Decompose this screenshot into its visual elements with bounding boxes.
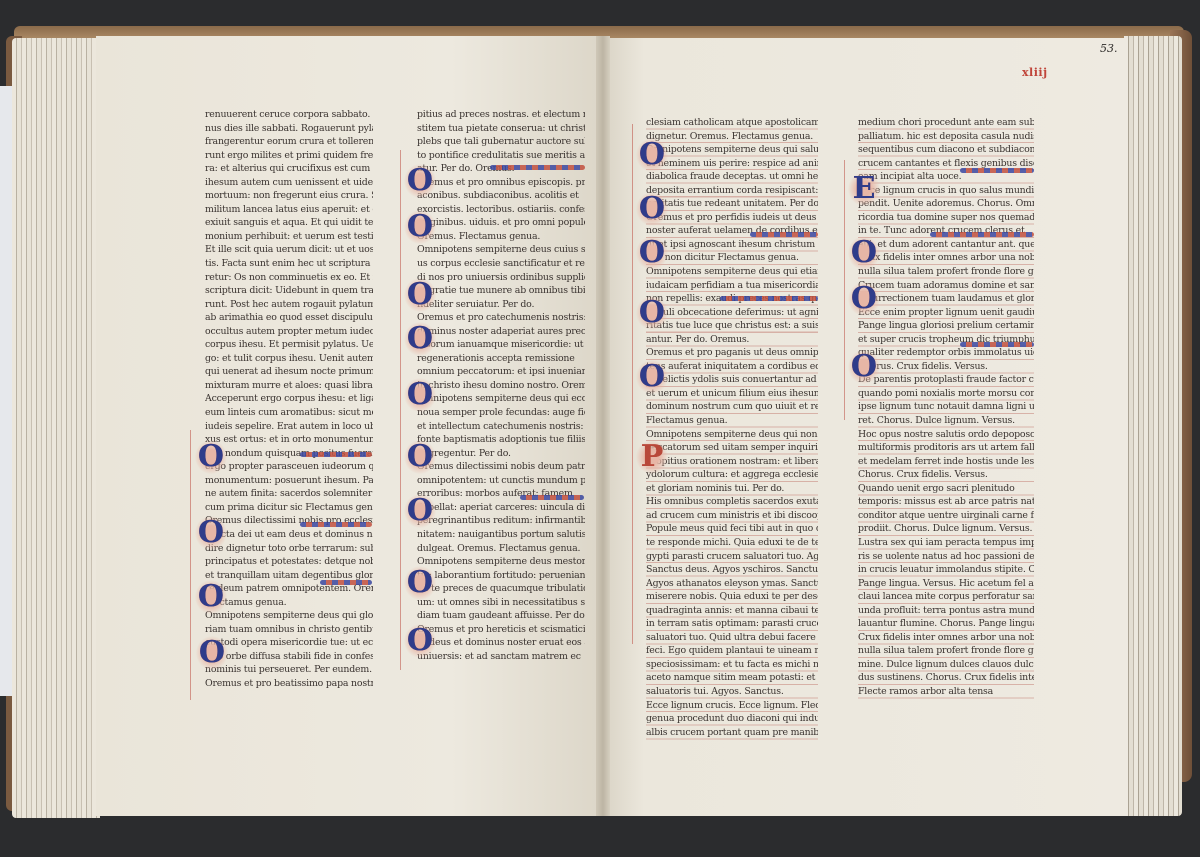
manuscript-text-line: Quando uenit ergo sacri plenitudo (858, 482, 1034, 496)
manuscript-text-line: et medelam ferret inde hostis unde leser… (858, 455, 1034, 469)
manuscript-text-line: pendit. Uenite adoremus. Chorus. Omnis m… (858, 197, 1034, 211)
manuscript-text-line: renuuerent ceruce corpora sabbato. Erat … (205, 108, 373, 122)
filigree-flourish (844, 160, 845, 420)
manuscript-text-line: xus est ortus: et in orto monumentum nou… (205, 433, 373, 447)
line-filler (300, 522, 372, 527)
manuscript-text-line: dominum nostrum cum quo uiuit et regnat.… (646, 400, 818, 414)
decorated-initial-o: O (404, 278, 436, 312)
manuscript-text-line: deposita errantium corda resipiscant: et… (646, 184, 818, 198)
manuscript-text-line: Et ille scit quia uerum dicit: ut et uos… (205, 243, 373, 257)
manuscript-text-line: uirginibus. uiduis. et pro omni populo s… (417, 216, 585, 230)
manuscript-text-line: retur: Os non comminuetis ex eo. Et iter… (205, 271, 373, 285)
manuscript-text-line: Flectamus genua. (205, 596, 373, 610)
manuscript-text-line: di nos pro uniuersis ordinibus supplican… (417, 271, 585, 285)
manuscript-text-line: ricordia tua domine super nos quemadmodu… (858, 211, 1034, 225)
manuscript-text-line: plebs que tali gubernatur auctore sub ta… (417, 135, 585, 149)
manuscript-text-line: dignetur. Oremus. Flectamus genua. (646, 130, 818, 144)
manuscript-text-line: Chorus. Crux fidelis. Versus. (858, 360, 1034, 374)
manuscript-text-line: His omnibus completis sacerdos exuta cas… (646, 495, 818, 509)
manuscript-text-line: pitius ad preces nostras. et electum nob… (417, 108, 585, 122)
manuscript-text-line: militum lancea latus eius aperuit: et co… (205, 203, 373, 217)
page-tab-strip (0, 86, 12, 696)
manuscript-text-line: sequentibus cum diacono et subdiacono ac… (858, 143, 1034, 157)
manuscript-text-line: genua procedunt duo diaconi qui induti (646, 712, 818, 726)
manuscript-text-line: mixturam murre et aloes: quasi libras ce… (205, 379, 373, 393)
manuscript-text-line: ergo propter parasceuen iudeorum quia iu… (205, 460, 373, 474)
manuscript-text-line: Ecce lignum crucis in quo salus mundi pe (858, 184, 1034, 198)
manuscript-text-line: Ecce enim propter lignum uenit gaudium i… (858, 306, 1034, 320)
line-filler (520, 495, 584, 500)
manuscript-text-line: propitius orationem nostram: et libera e… (646, 455, 818, 469)
manuscript-text-line: Pange lingua gloriosi prelium certaminis (858, 319, 1034, 333)
decorated-initial-o: O (636, 296, 668, 330)
manuscript-text-line: peregrinantibus reditum: infirmantibus s… (417, 514, 585, 528)
manuscript-text-line: saluatoris tui. Agyos. Sanctus. (646, 685, 818, 699)
manuscript-text-line: monumentum: posuerunt ihesum. Passio (205, 474, 373, 488)
running-header: xliij (1022, 66, 1048, 79)
decorated-initial-p: P (636, 440, 668, 474)
decorated-initial-o: O (636, 360, 668, 394)
manuscript-text-line: miserere nobis. Quia eduxi te per desert… (646, 590, 818, 604)
manuscript-text-line: ueritatis tue redeant unitatem. Per do. (646, 197, 818, 211)
page-edges-right (1124, 36, 1182, 816)
manuscript-text-line: dus sustinens. Chorus. Crux fidelis inte… (858, 671, 1034, 685)
manuscript-text-line: Crucem tuam adoramus domine et sanctam (858, 279, 1034, 293)
manuscript-text-line: dominus noster adaperiat aures precordio… (417, 325, 585, 339)
decorated-initial-o: O (404, 494, 436, 528)
manuscript-text-line: in crucis leuatur immolandus stipite. Ch… (858, 563, 1034, 577)
manuscript-text-line: albis crucem portant quam pre manibus (646, 726, 818, 740)
manuscript-text-line: riam tuam omnibus in christo gentibus re… (205, 623, 373, 637)
manuscript-text-line: aggregentur. Per do. (417, 447, 585, 461)
manuscript-text-line: tens auferat iniquitatem a cordibus eoru… (646, 360, 818, 374)
manuscript-text-line: runt ergo milites et primi quidem freger… (205, 149, 373, 163)
text-column-left-a: renuuerent ceruce corpora sabbato. Erat … (205, 108, 373, 688)
decorated-initial-o: O (404, 164, 436, 198)
manuscript-text-line: claui lancea mite corpus perforatur sang… (858, 590, 1034, 604)
manuscript-text-line: frangerentur eorum crura et tollerentur.… (205, 135, 373, 149)
manuscript-text-line: dulgeat. Oremus. Flectamus genua. (417, 542, 585, 556)
manuscript-text-line: Oremus et pro catechumenis nostris: ut d… (417, 311, 585, 325)
manuscript-text-line: toto orbe diffusa stabili fide in confes… (205, 650, 373, 664)
manuscript-text-line: Oremus et pro hereticis et scismaticis: (417, 623, 585, 637)
manuscript-text-line: ihesum autem cum uenissent et uiderent e… (205, 176, 373, 190)
text-column-left-b: pitius ad preces nostras. et electum nob… (417, 108, 585, 668)
manuscript-text-line: Flecte ramos arbor alta tensa (858, 685, 1034, 699)
manuscript-text-line: gypti parasti crucem saluatori tuo. Agyo… (646, 550, 818, 564)
manuscript-text-line: qui uenerat ad ihesum nocte primum: fere… (205, 365, 373, 379)
line-filler (750, 232, 818, 237)
manuscript-text-line: Omnipotens sempiterne deus qui glo (205, 609, 373, 623)
manuscript-text-line: populi obcecatione deferimus: ut agnita … (646, 306, 818, 320)
manuscript-text-line: palliatum. hic est deposita casula nudis… (858, 130, 1034, 144)
manuscript-text-line: clesiam catholicam atque apostolicam reu… (646, 116, 818, 130)
line-filler (960, 168, 1034, 173)
manuscript-text-line: nulla silua talem profert fronde flore g… (858, 265, 1034, 279)
manuscript-text-line: tio: laborantium fortitudo: perueniant (417, 569, 585, 583)
decorated-initial-o: O (404, 210, 436, 244)
manuscript-text-line: ab arimathia eo quod esset discipulus ih… (205, 311, 373, 325)
decorated-initial-o: O (404, 378, 436, 412)
manuscript-text-line: diam tuam gaudeant affuisse. Per do. (417, 609, 585, 623)
manuscript-text-line: Hoc opus nostre salutis ordo depoposcera… (858, 428, 1034, 442)
manuscript-text-line: nulla silua talem profert fronde flore g… (858, 644, 1034, 658)
manuscript-text-line: ritatis tue luce que christus est: a sui… (646, 319, 818, 333)
manuscript-text-line: medium chori procedunt ante eam subdiaco… (858, 116, 1034, 130)
manuscript-text-line: alii. et dum adorent cantantur ant. que … (858, 238, 1034, 252)
decorated-initial-e: E (848, 172, 880, 206)
manuscript-text-line: fonte baptismatis adoptionis tue filiis (417, 433, 585, 447)
manuscript-text-line: exiuit sanguis et aqua. Et qui uidit tes… (205, 216, 373, 230)
manuscript-text-line: feci. Ego quidem plantaui te uineam meam (646, 644, 818, 658)
manuscript-text-line: ra: et alterius qui crucifixus est cum e… (205, 162, 373, 176)
manuscript-text-line: lauantur flumine. Chorus. Pange lingua. (858, 617, 1034, 631)
text-column-right-b: medium chori procedunt ante eam subdiaco… (858, 116, 1034, 706)
manuscript-text-line: qualiter redemptor orbis immolatus uicer… (858, 346, 1034, 360)
manuscript-text-line: mortuum: non fregerunt eius crura. Sed u… (205, 189, 373, 203)
line-filler (320, 580, 372, 585)
manuscript-text-line: ydolorum cultura: et aggrega ecclesie tu… (646, 468, 818, 482)
manuscript-text-line: conditor atque uentre uirginali carne fa… (858, 509, 1034, 523)
manuscript-text-line: Agyos athanatos eleyson ymas. Sanctus im… (646, 577, 818, 591)
manuscript-text-line: ret. Chorus. Dulce lignum. Versus. (858, 414, 1034, 428)
manuscript-text-line: Oremus. Flectamus genua. (417, 230, 585, 244)
filigree-flourish (632, 124, 633, 644)
manuscript-text-line: ad crucem cum ministris et ibi discooper… (646, 509, 818, 523)
manuscript-text-line: Omnipotens sempiterne deus qui ecclesiam… (417, 392, 585, 406)
manuscript-text-line: ipsorum ianuamque misericordie: ut per l… (417, 338, 585, 352)
manuscript-text-line: ad te preces de quacumque tribulatione c… (417, 582, 585, 596)
manuscript-text-line: aconibus. subdiaconibus. acolitis et (417, 189, 585, 203)
manuscript-text-line: noua semper prole fecundas: auge fidem (417, 406, 585, 420)
manuscript-text-line: sancta dei ut eam deus et dominus noster… (205, 528, 373, 542)
line-filler (490, 165, 585, 170)
manuscript-text-line: ut et ipsi agnoscant ihesum christum dom… (646, 238, 818, 252)
manuscript-text-line: Oremus et pro omnibus episcopis. presbyt… (417, 176, 585, 190)
manuscript-text-line: nus dies ille sabbati. Rogauerunt pylatu… (205, 122, 373, 136)
manuscript-text-line: Omnipotens sempiterne deus qui saluas om… (646, 143, 818, 157)
decorated-initial-o: O (848, 282, 880, 316)
text-column-right-a: clesiam catholicam atque apostolicam reu… (646, 116, 818, 746)
gutter (596, 36, 610, 816)
line-filler (720, 296, 818, 301)
manuscript-text-line: ne autem finita: sacerdos solemniter dic… (205, 487, 373, 501)
manuscript-text-line: monium perhibuit: et uerum est testimoni… (205, 230, 373, 244)
manuscript-text-line: Acceperunt ergo corpus ihesu: et ligauer… (205, 392, 373, 406)
decorated-initial-o: O (848, 236, 880, 270)
manuscript-text-line: in terram satis optimam: parasti crucem (646, 617, 818, 631)
manuscript-text-line: fideliter seruiatur. Per do. (417, 298, 585, 312)
manuscript-text-line: Pange lingua. Versus. Hic acetum fel aru… (858, 577, 1034, 591)
manuscript-text-line: quando pomi noxialis morte morsu corruit… (858, 387, 1034, 401)
filigree-flourish (400, 150, 401, 670)
manuscript-text-line: Omnipotens sempiterne deus qui non morte… (646, 428, 818, 442)
manuscript-text-line: Hic non dicitur Flectamus genua. (646, 251, 818, 265)
decorated-initial-o: O (195, 440, 227, 474)
manuscript-text-line: mine. Dulce lignum dulces clauos dulce p… (858, 658, 1034, 672)
manuscript-text-line: resurrectionem tuam laudamus et glorific… (858, 292, 1034, 306)
manuscript-text-line: depellat: aperiat carceres: uincula diss… (417, 501, 585, 515)
manuscript-text-line: temporis: missus est ab arce patris natu… (858, 495, 1034, 509)
line-filler (930, 232, 1034, 237)
manuscript-text-line: Omnipotens sempiterne deus cuius spiritu… (417, 243, 585, 257)
manuscript-text-line: iudaicam perfidiam a tua misericordia (646, 279, 818, 293)
decorated-initial-o: O (404, 566, 436, 600)
manuscript-text-line: speciosissimam: et tu facta es michi nim… (646, 658, 818, 672)
manuscript-text-line: Oremus et pro beatissimo papa nostro N. (205, 677, 373, 688)
manuscript-text-line: custodi opera misericordie tue: ut eccle… (205, 636, 373, 650)
manuscript-text-line: us corpus ecclesie sanctificatur et regi… (417, 257, 585, 271)
manuscript-text-line: omnium peccatorum: et ipsi inueniantur (417, 365, 585, 379)
manuscript-text-line: cum prima dicitur sic Flectamus genua, e… (205, 501, 373, 515)
decorated-initial-o: O (404, 624, 436, 658)
filigree-flourish (190, 430, 191, 700)
manuscript-text-line: tis. Facta sunt enim hec ut scriptura im… (205, 257, 373, 271)
decorated-initial-o: O (636, 236, 668, 270)
manuscript-text-line: Oremus et pro paganis ut deus omnipo (646, 346, 818, 360)
manuscript-text-line: occultus autem propter metum iudeorum: u… (205, 325, 373, 339)
manuscript-text-line: Ecce lignum crucis. Ecce lignum. Flectam… (646, 699, 818, 713)
page-edges-left (12, 38, 100, 818)
manuscript-text-line: prodiit. Chorus. Dulce lignum. Versus. (858, 522, 1034, 536)
manuscript-text-line: uniuersis: et ad sanctam matrem ec (417, 650, 585, 664)
line-filler (300, 452, 372, 457)
manuscript-text-line: nominis tui perseueret. Per eundem. (205, 663, 373, 677)
manuscript-text-line: antur. Per do. Oremus. (646, 333, 818, 347)
decorated-initial-o: O (404, 322, 436, 356)
manuscript-text-line: ris se uolente natus ad hoc passioni ded… (858, 550, 1034, 564)
manuscript-text-line: ipse lignum tunc notauit damna ligni ut … (858, 400, 1034, 414)
manuscript-text-line: Sanctus deus. Agyos yschiros. Sanctus fo… (646, 563, 818, 577)
manuscript-text-line: dire dignetur toto orbe terrarum: subici… (205, 542, 373, 556)
decorated-initial-o: O (195, 516, 227, 550)
manuscript-text-line: Flectamus genua. (646, 414, 818, 428)
decorated-initial-o: O (404, 440, 436, 474)
manuscript-text-line: ut gratie tue munere ab omnibus tibi gra… (417, 284, 585, 298)
decorated-initial-o: O (636, 138, 668, 172)
manuscript-text-line: Popule meus quid feci tibi aut in quo co… (646, 522, 818, 536)
manuscript-text-line: aceto namque sitim meam potasti: et lanc… (646, 671, 818, 685)
manuscript-text-line: principatus et potestates: detque nobis … (205, 555, 373, 569)
manuscript-text-line: peccatorum sed uitam semper inquiris: su… (646, 441, 818, 455)
manuscript-text-line: saluatori tuo. Quid ultra debui facere t… (646, 631, 818, 645)
manuscript-text-line: go: et tulit corpus ihesu. Uenit autem e… (205, 352, 373, 366)
manuscript-text-line: omnipotentem: ut cunctis mundum purget (417, 474, 585, 488)
manuscript-text-line: um: ut omnes sibi in necessitatibus suis… (417, 596, 585, 610)
manuscript-text-line: et intellectum catechumenis nostris: ut … (417, 420, 585, 434)
manuscript-text-line: Oremus et pro perfidis iudeis ut deus et… (646, 211, 818, 225)
manuscript-text-line: exorcistis. lectoribus. ostiariis. confe… (417, 203, 585, 217)
manuscript-text-line: Crux fidelis inter omnes arbor una nobil… (858, 251, 1034, 265)
manuscript-text-line: Chorus. Crux fidelis. Versus. (858, 468, 1034, 482)
decorated-initial-o: O (196, 636, 228, 670)
decorated-initial-o: O (195, 580, 227, 614)
manuscript-text-line: stitem tua pietate conserua: ut christia… (417, 122, 585, 136)
manuscript-text-line: et gloriam nominis tui. Per do. (646, 482, 818, 496)
manuscript-text-line: in christo ihesu domino nostro. Oremus. … (417, 379, 585, 393)
manuscript-text-line: quadraginta annis: et manna cibaui te: e… (646, 604, 818, 618)
manuscript-text-line: scriptura dicit: Uidebunt in quem transf… (205, 284, 373, 298)
manuscript-text-line: De parentis protoplasti fraude factor co… (858, 373, 1034, 387)
manuscript-text-line: to pontifice credulitatis sue meritis au… (417, 149, 585, 163)
manuscript-text-line: Omnipotens sempiterne deus qui etiam (646, 265, 818, 279)
manuscript-text-line: Lustra sex qui iam peracta tempus implen… (858, 536, 1034, 550)
manuscript-text-line: corpus ihesu. Et permisit pylatus. Uenit… (205, 338, 373, 352)
manuscript-text-line: iudeis sepelire. Erat autem in loco ubi … (205, 420, 373, 434)
manuscript-text-line: Oremus dilectissimi nobis deum patrem (417, 460, 585, 474)
manuscript-text-line: multiformis proditoris ars ut artem fall… (858, 441, 1034, 455)
decorated-initial-o: O (636, 192, 668, 226)
manuscript-text-line: nitatem: nauigantibus portum salutis in (417, 528, 585, 542)
line-filler (960, 342, 1034, 347)
manuscript-text-line: regenerationis accepta remissione (417, 352, 585, 366)
folio-number: 53. (1100, 42, 1118, 55)
manuscript-text-line: te responde michi. Quia eduxi te de terr… (646, 536, 818, 550)
manuscript-text-line: Crux fidelis inter omnes arbor una nobil… (858, 631, 1034, 645)
manuscript-text-line: ut relictis ydolis suis conuertantur ad … (646, 373, 818, 387)
manuscript-text-line: ut deus et dominus noster eruat eos ab e… (417, 636, 585, 650)
manuscript-text-line: diabolica fraude deceptas. ut omni heret… (646, 170, 818, 184)
manuscript-text-line: et uerum et unicum filium eius ihesum ch… (646, 387, 818, 401)
manuscript-text-line: unda profluit: terra pontus astra mundus… (858, 604, 1034, 618)
manuscript-text-line: eum linteis cum aromatibus: sicut mos es… (205, 406, 373, 420)
decorated-initial-o: O (848, 350, 880, 384)
manuscript-text-line: et neminem uis perire: respice ad animas (646, 157, 818, 171)
manuscript-text-line: runt. Post hec autem rogauit pylatum ios… (205, 298, 373, 312)
manuscript-text-line: Omnipotens sempiterne deus mestorum cons… (417, 555, 585, 569)
